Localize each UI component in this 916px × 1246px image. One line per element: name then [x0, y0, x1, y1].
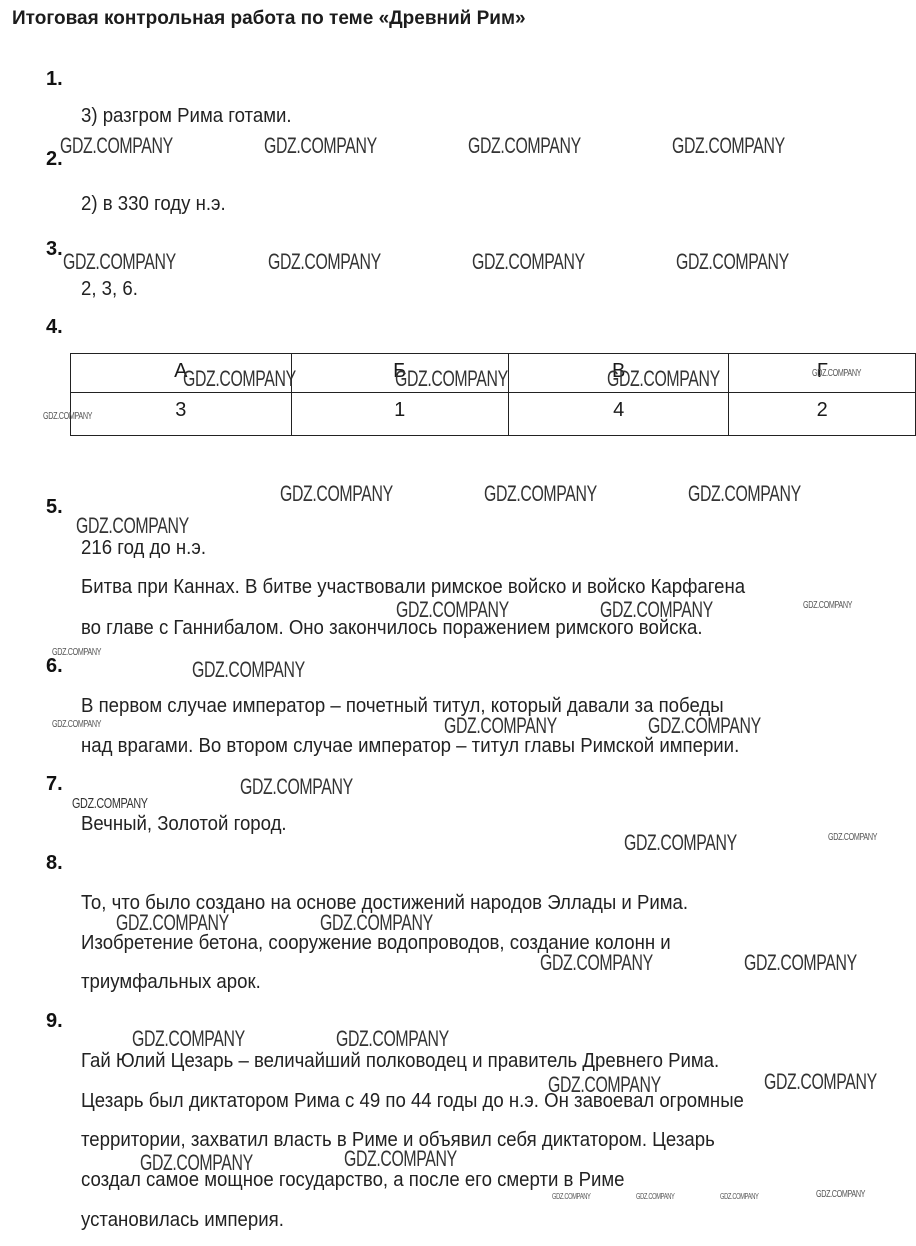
question-number-9: 9. — [46, 1010, 63, 1033]
watermark: GDZ.COMPANY — [744, 950, 857, 976]
table-value-cell: 2 — [729, 393, 916, 436]
watermark: GDZ.COMPANY — [648, 713, 761, 739]
watermark: GDZ.COMPANY — [344, 1146, 457, 1172]
table-value-cell: 3 — [71, 393, 292, 436]
watermark: GDZ.COMPANY — [672, 133, 785, 159]
question-number-6: 6. — [46, 655, 63, 678]
question-number-5: 5. — [46, 496, 63, 519]
watermark: GDZ.COMPANY — [764, 1069, 877, 1095]
watermark: GDZ.COMPANY — [816, 1189, 865, 1200]
answer-7-line-1: Вечный, Золотой город. — [81, 813, 287, 836]
watermark: GDZ.COMPANY — [320, 910, 433, 936]
watermark: GDZ.COMPANY — [688, 481, 801, 507]
watermark: GDZ.COMPANY — [607, 366, 720, 392]
question-number-1: 1. — [46, 68, 63, 91]
watermark: GDZ.COMPANY — [484, 481, 597, 507]
answer-2-line-1: 2) в 330 году н.э. — [81, 193, 226, 216]
watermark: GDZ.COMPANY — [43, 411, 92, 422]
watermark: GDZ.COMPANY — [468, 133, 581, 159]
watermark: GDZ.COMPANY — [63, 249, 176, 275]
watermark: GDZ.COMPANY — [72, 795, 148, 812]
watermark: GDZ.COMPANY — [828, 832, 877, 843]
page-title: Итоговая контрольная работа по теме «Дре… — [12, 8, 526, 30]
watermark: GDZ.COMPANY — [140, 1150, 253, 1176]
watermark: GDZ.COMPANY — [60, 133, 173, 159]
question-number-4: 4. — [46, 316, 63, 339]
watermark: GDZ.COMPANY — [132, 1026, 245, 1052]
watermark: GDZ.COMPANY — [52, 647, 101, 658]
answer-3-line-1: 2, 3, 6. — [81, 278, 138, 301]
value-b: 1 — [394, 399, 405, 422]
watermark: GDZ.COMPANY — [396, 597, 509, 623]
answer-9-line-5: установилась империя. — [81, 1209, 284, 1232]
question-number-8: 8. — [46, 852, 63, 875]
answer-6-line-2: над врагами. Во втором случае император … — [81, 735, 739, 758]
watermark: GDZ.COMPANY — [720, 1192, 758, 1201]
watermark: GDZ.COMPANY — [552, 1192, 590, 1201]
answer-1-line-1: 3) разгром Рима готами. — [81, 105, 292, 128]
watermark: GDZ.COMPANY — [540, 950, 653, 976]
question-number-3: 3. — [46, 238, 63, 261]
watermark: GDZ.COMPANY — [395, 366, 508, 392]
watermark: GDZ.COMPANY — [600, 597, 713, 623]
answer-5-line-2: Битва при Каннах. В битве участвовали ри… — [81, 576, 745, 599]
watermark: GDZ.COMPANY — [116, 910, 229, 936]
answer-9-line-1: Гай Юлий Цезарь – величайший полководец … — [81, 1050, 719, 1073]
watermark: GDZ.COMPANY — [183, 366, 296, 392]
watermark: GDZ.COMPANY — [76, 513, 189, 539]
table-value-cell: 4 — [508, 393, 729, 436]
watermark: GDZ.COMPANY — [192, 657, 305, 683]
watermark: GDZ.COMPANY — [52, 719, 101, 730]
watermark: GDZ.COMPANY — [264, 133, 377, 159]
watermark: GDZ.COMPANY — [548, 1072, 661, 1098]
watermark: GDZ.COMPANY — [472, 249, 585, 275]
question-number-7: 7. — [46, 773, 63, 796]
watermark: GDZ.COMPANY — [268, 249, 381, 275]
watermark: GDZ.COMPANY — [280, 481, 393, 507]
answer-5-line-1: 216 год до н.э. — [81, 537, 206, 560]
answer-6-line-1: В первом случае император – почетный тит… — [81, 695, 724, 718]
watermark: GDZ.COMPANY — [624, 830, 737, 856]
watermark: GDZ.COMPANY — [636, 1192, 674, 1201]
value-g: 2 — [817, 399, 828, 422]
value-a: 3 — [175, 399, 186, 422]
watermark: GDZ.COMPANY — [676, 249, 789, 275]
answer-8-line-3: триумфальных арок. — [81, 971, 261, 994]
watermark: GDZ.COMPANY — [803, 600, 852, 611]
table-value-cell: 1 — [291, 393, 508, 436]
watermark: GDZ.COMPANY — [444, 713, 557, 739]
watermark: GDZ.COMPANY — [812, 368, 861, 379]
watermark: GDZ.COMPANY — [336, 1026, 449, 1052]
value-v: 4 — [613, 399, 624, 422]
watermark: GDZ.COMPANY — [240, 774, 353, 800]
